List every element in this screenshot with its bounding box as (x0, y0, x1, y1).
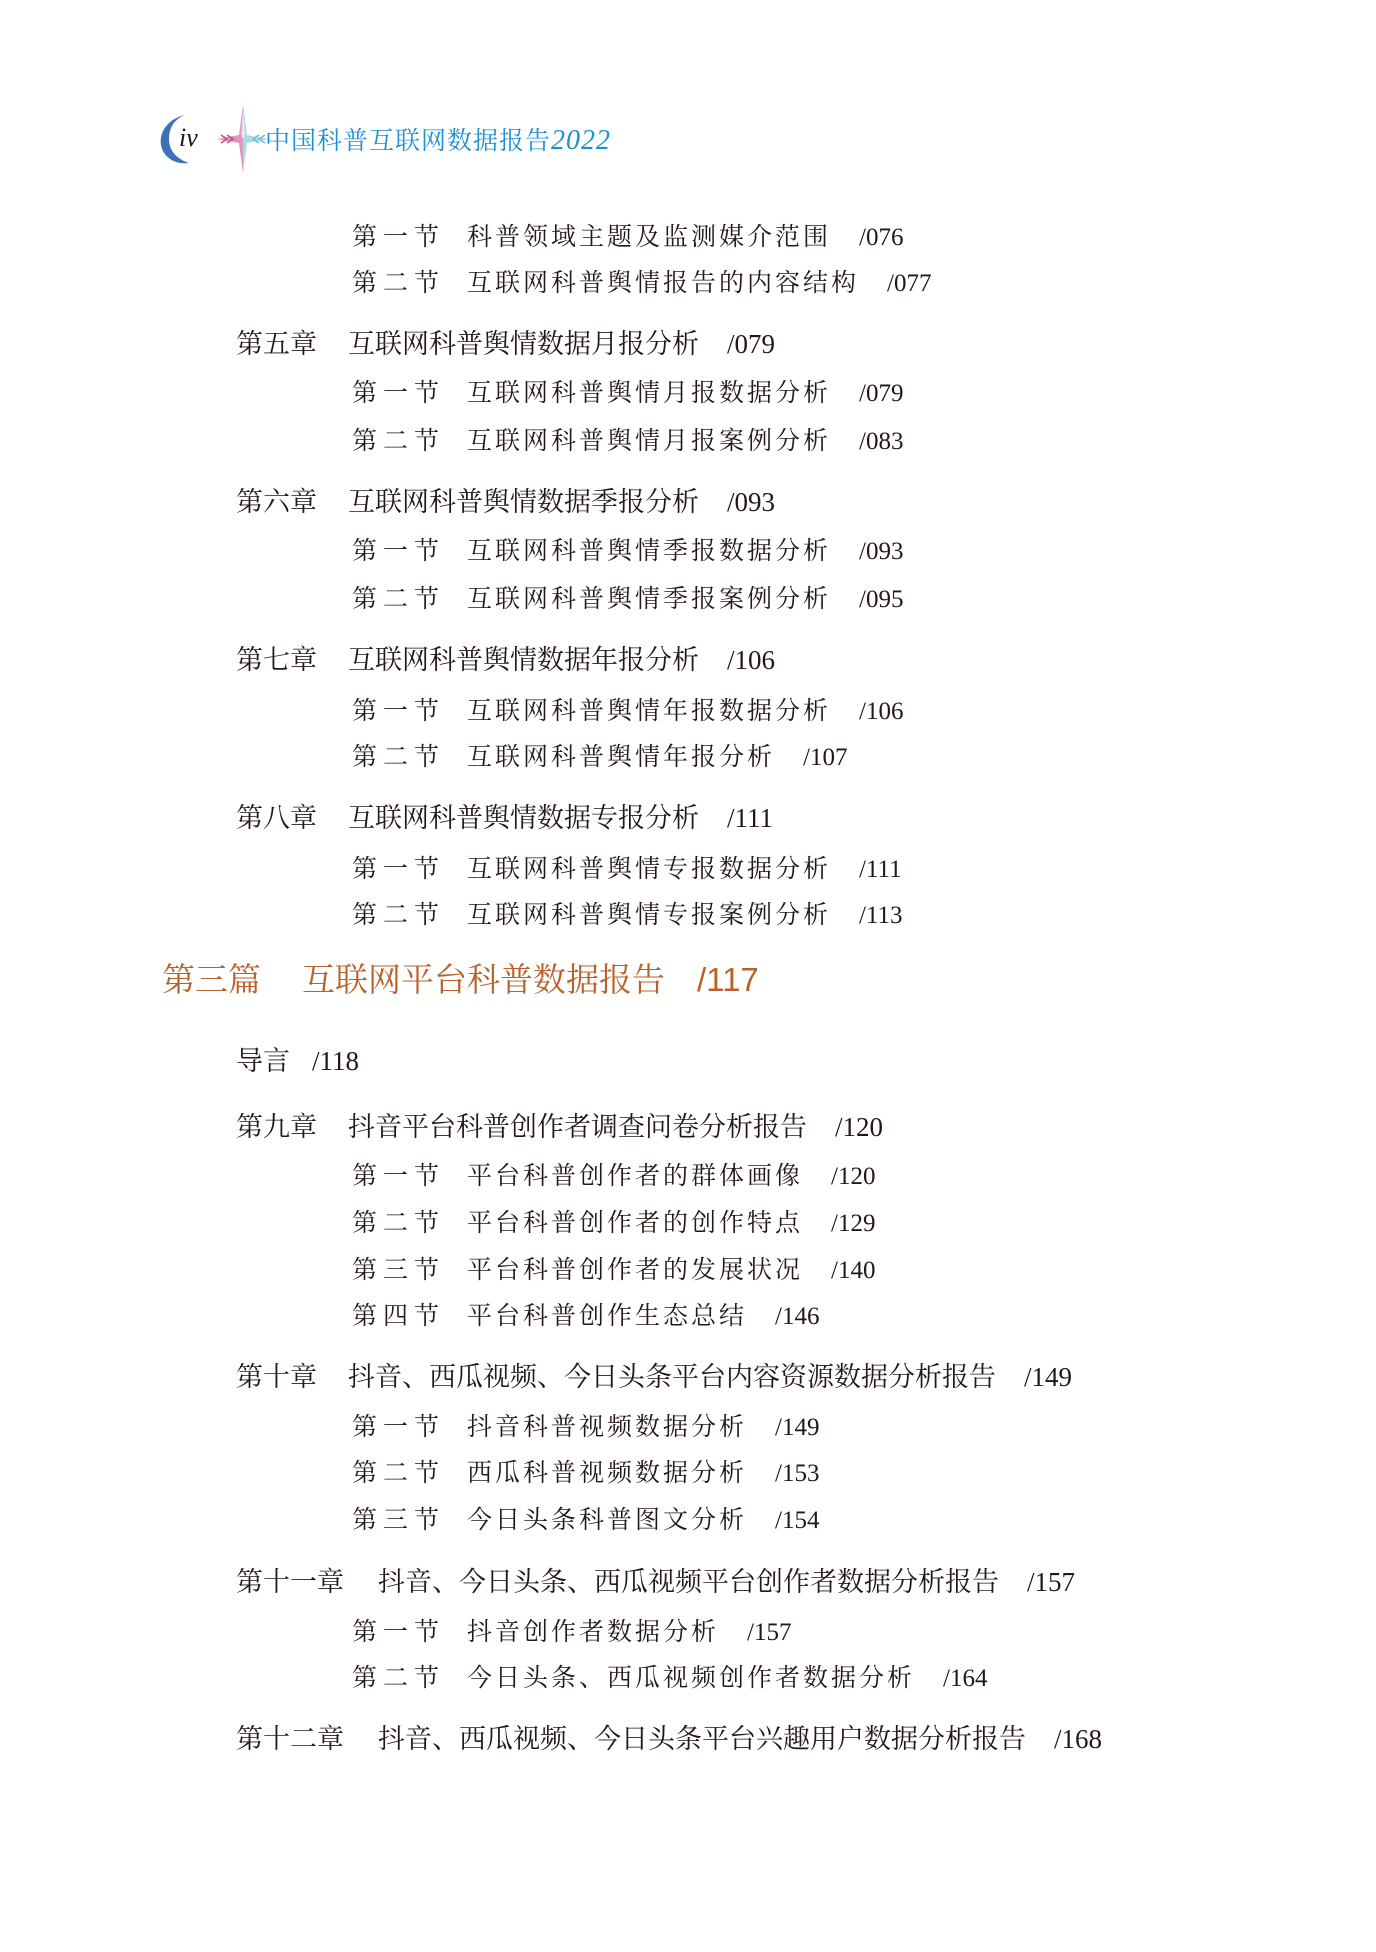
page-ref: /076 (859, 224, 903, 251)
page-ref: /106 (727, 645, 775, 675)
page-ref: /083 (859, 428, 903, 455)
compass-star-icon (217, 105, 269, 173)
page-ref: /153 (775, 1460, 819, 1487)
toc-section[interactable]: 第三节今日头条科普图文分析/154 (352, 1507, 819, 1533)
toc-section[interactable]: 第二节互联网科普舆情专报案例分析/113 (352, 902, 903, 928)
toc-section[interactable]: 第一节抖音创作者数据分析/157 (352, 1619, 791, 1645)
toc-section[interactable]: 第二节平台科普创作者的创作特点/129 (352, 1210, 875, 1236)
page-ref: /117 (697, 961, 759, 998)
toc-section[interactable]: 第二节互联网科普舆情月报案例分析/083 (352, 428, 903, 454)
toc-section[interactable]: 第一节互联网科普舆情月报数据分析/079 (352, 380, 903, 406)
toc-chapter[interactable]: 第七章互联网科普舆情数据年报分析/106 (236, 647, 775, 674)
toc-section[interactable]: 第三节平台科普创作者的发展状况/140 (352, 1257, 875, 1283)
toc-chapter[interactable]: 第八章互联网科普舆情数据专报分析/111 (236, 805, 773, 832)
page-ref: /079 (727, 329, 775, 359)
page-ref: /077 (887, 270, 931, 297)
toc-section[interactable]: 第四节平台科普创作生态总结/146 (352, 1303, 819, 1329)
toc-section[interactable]: 第二节互联网科普舆情报告的内容结构/077 (352, 270, 931, 296)
page-ref: /095 (859, 586, 903, 613)
page-ref: /154 (775, 1507, 819, 1534)
toc-chapter[interactable]: 第十二章抖音、西瓜视频、今日头条平台兴趣用户数据分析报告/168 (236, 1726, 1102, 1753)
toc-section[interactable]: 第一节平台科普创作者的群体画像/120 (352, 1163, 875, 1189)
toc-section[interactable]: 第一节互联网科普舆情专报数据分析/111 (352, 856, 902, 882)
page-ref: /120 (835, 1112, 883, 1142)
running-title: 中国科普互联网数据报告2022 (265, 121, 611, 157)
toc-section[interactable]: 第二节西瓜科普视频数据分析/153 (352, 1460, 819, 1486)
page-ref: /093 (859, 538, 903, 565)
toc-intro[interactable]: 导言/118 (236, 1048, 359, 1075)
toc-section[interactable]: 第一节互联网科普舆情季报数据分析/093 (352, 538, 903, 564)
toc-section[interactable]: 第二节互联网科普舆情年报分析/107 (352, 744, 847, 770)
page-ref: /149 (775, 1414, 819, 1441)
toc-chapter[interactable]: 第十一章抖音、今日头条、西瓜视频平台创作者数据分析报告/157 (236, 1569, 1075, 1596)
toc-section[interactable]: 第一节科普领域主题及监测媒介范围/076 (352, 224, 903, 250)
toc-section[interactable]: 第一节抖音科普视频数据分析/149 (352, 1414, 819, 1440)
page-ref: /111 (727, 803, 773, 833)
page-ref: /157 (1027, 1567, 1075, 1597)
page-ref: /118 (312, 1046, 359, 1076)
toc-section[interactable]: 第二节互联网科普舆情季报案例分析/095 (352, 586, 903, 612)
toc-part-heading[interactable]: 第三篇互联网平台科普数据报告/117 (162, 963, 759, 996)
page-ref: /111 (859, 856, 902, 883)
toc-chapter[interactable]: 第九章抖音平台科普创作者调查问卷分析报告/120 (236, 1114, 883, 1141)
toc-section[interactable]: 第一节互联网科普舆情年报数据分析/106 (352, 698, 903, 724)
page-ref: /120 (831, 1163, 875, 1190)
running-header: iv 中国科普互联网数据报告2022 (155, 105, 755, 175)
page-number: iv (179, 123, 198, 153)
toc-section[interactable]: 第二节今日头条、西瓜视频创作者数据分析/164 (352, 1665, 987, 1691)
page-ref: /107 (803, 744, 847, 771)
page-ref: /140 (831, 1257, 875, 1284)
page-ref: /146 (775, 1303, 819, 1330)
page-ref: /079 (859, 380, 903, 407)
page-ref: /168 (1054, 1724, 1102, 1754)
toc-chapter[interactable]: 第十章抖音、西瓜视频、今日头条平台内容资源数据分析报告/149 (236, 1364, 1072, 1391)
page-ref: /164 (943, 1665, 987, 1692)
toc-chapter[interactable]: 第五章互联网科普舆情数据月报分析/079 (236, 331, 775, 358)
page-ref: /093 (727, 487, 775, 517)
page-ref: /106 (859, 698, 903, 725)
toc-chapter[interactable]: 第六章互联网科普舆情数据季报分析/093 (236, 489, 775, 516)
page-ref: /129 (831, 1210, 875, 1237)
page-ref: /157 (747, 1619, 791, 1646)
page-ref: /113 (859, 902, 903, 929)
page-ref: /149 (1024, 1362, 1072, 1392)
